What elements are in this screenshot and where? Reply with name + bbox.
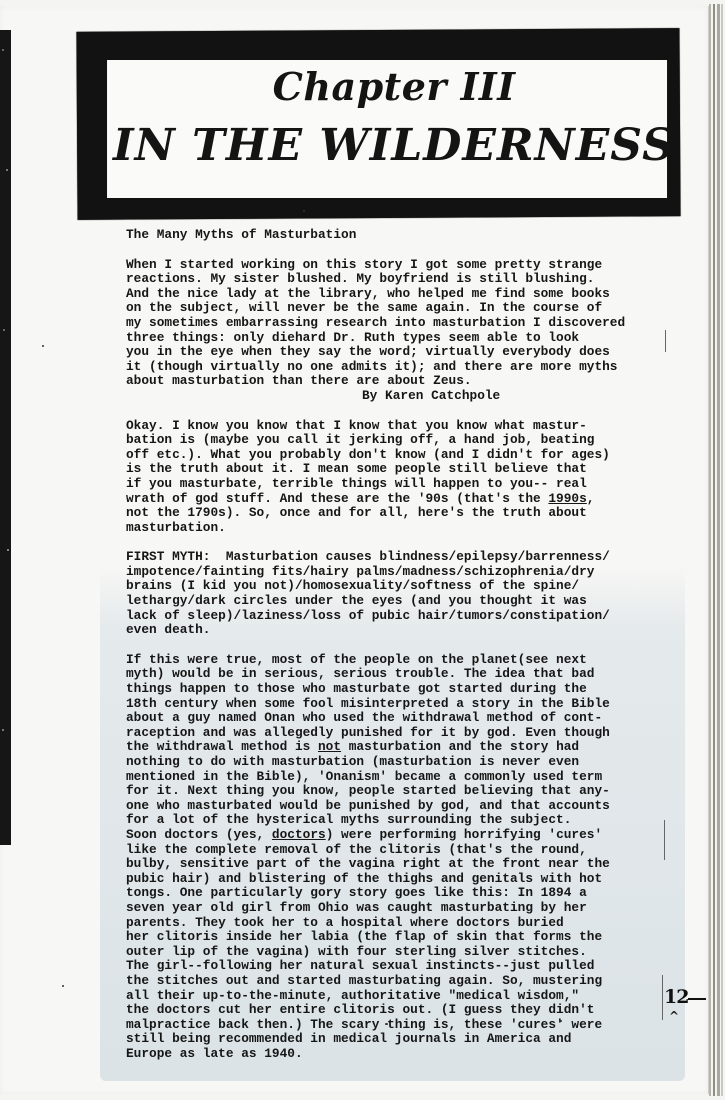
underlined-word: not	[318, 739, 341, 754]
text-line: on the subject, will never be the same a…	[126, 301, 666, 316]
text-line: not the 1790s). So, once and for all, he…	[126, 506, 666, 521]
text-line: about masturbation than there are about …	[126, 374, 666, 389]
first-myth-paragraph: FIRST MYTH: Masturbation causes blindnes…	[126, 550, 666, 638]
text-line: myth) would be in serious, serious troub…	[126, 667, 666, 682]
text-line: all their up-to-the-minute, authoritativ…	[126, 989, 666, 1004]
text-line: off etc.). What you probably don't know …	[126, 448, 666, 463]
text-line: masturbation.	[126, 521, 666, 536]
text-line: 18th century when some fool misinterpret…	[126, 697, 666, 712]
article-heading: The Many Myths of Masturbation	[126, 228, 666, 243]
text-line: impotence/fainting fits/hairy palms/madn…	[126, 565, 666, 580]
page-number-dash	[688, 998, 706, 1000]
text-line: bulby, sensitive part of the vagina righ…	[126, 857, 666, 872]
text-line: The girl--following her natural sexual i…	[126, 959, 666, 974]
page-edge	[721, 4, 723, 1096]
text-line: And the nice lady at the library, who he…	[126, 287, 666, 302]
text-line: if you masturbate, terrible things will …	[126, 477, 666, 492]
text-line: pubic hair) and blistering of the thighs…	[126, 872, 666, 887]
text-line: one who masturbated would be punished by…	[126, 799, 666, 814]
text-line: three things: only diehard Dr. Ruth type…	[126, 331, 666, 346]
speck	[62, 985, 64, 987]
text-line: like the complete removal of the clitori…	[126, 843, 666, 858]
text-line: the withdrawal method is not masturbatio…	[126, 740, 666, 755]
margin-mark	[665, 330, 666, 352]
text-line: mentioned in the Bible), 'Onanism' becam…	[126, 770, 666, 785]
paragraph-2: Okay. I know you know that I know that y…	[126, 419, 666, 536]
text-line: lack of sleep)/laziness/loss of pubic ha…	[126, 609, 666, 624]
text-line: parents. They took her to a hospital whe…	[126, 916, 666, 931]
text-line: her clitoris inside her labia (the flap …	[126, 930, 666, 945]
intro-paragraph: When I started working on this story I g…	[126, 258, 666, 389]
binding-strip	[0, 30, 11, 845]
page-edge	[713, 4, 715, 1096]
page-number: 12	[664, 986, 688, 1008]
text-line: about a guy named Onan who used the with…	[126, 711, 666, 726]
text-line: reactions. My sister blushed. My boyfrie…	[126, 272, 666, 287]
caret-icon: ^	[669, 1009, 679, 1023]
text-line: my sometimes embarrassing research into …	[126, 316, 666, 331]
text-line: If this were true, most of the people on…	[126, 653, 666, 668]
text-line: nothing to do with masturbation (masturb…	[126, 755, 666, 770]
text-line: wrath of god stuff. And these are the '9…	[126, 492, 666, 507]
text-line: tongs. One particularly gory story goes …	[126, 886, 666, 901]
margin-mark	[662, 975, 663, 1020]
chapter-banner: Chapter III IN THE WILDERNESS	[76, 28, 680, 220]
text-line: the stitches out and started masturbatin…	[126, 974, 666, 989]
chapter-banner-inner: Chapter III IN THE WILDERNESS	[107, 60, 667, 198]
byline: By Karen Catchpole	[126, 389, 666, 404]
text-line: lethargy/dark circles under the eyes (an…	[126, 594, 666, 609]
text-line: even death.	[126, 623, 666, 638]
text-line: When I started working on this story I g…	[126, 258, 666, 273]
text-line: Okay. I know you know that I know that y…	[126, 419, 666, 434]
underlined-word: doctors	[272, 827, 326, 842]
text-line: the doctors cut her entire clitoris out.…	[126, 1003, 666, 1018]
page-edge	[717, 4, 720, 1096]
text-line: it (though virtually no one admits it); …	[126, 360, 666, 375]
text-line: FIRST MYTH: Masturbation causes blindnes…	[126, 550, 666, 565]
text-line: for a lot of the hysterical myths surrou…	[126, 813, 666, 828]
text-line: brains (I kid you not)/homosexuality/sof…	[126, 579, 666, 594]
text-line: things happen to those who masturbate go…	[126, 682, 666, 697]
page-edge	[709, 4, 711, 1096]
text-line: seven year old girl from Ohio was caught…	[126, 901, 666, 916]
article-body: The Many Myths of Masturbation When I st…	[126, 228, 666, 1061]
text-line: raception and was allegedly punished for…	[126, 726, 666, 741]
text-line: Europe as late as 1940.	[126, 1047, 666, 1062]
speck	[42, 345, 44, 347]
text-line: is the truth about it. I mean some peopl…	[126, 462, 666, 477]
chapter-label: Chapter III	[107, 64, 667, 109]
paragraph-4: If this were true, most of the people on…	[126, 653, 666, 1062]
text-line: bation is (maybe you call it jerking off…	[126, 433, 666, 448]
text-line: you in the eye when they say the word; v…	[126, 345, 666, 360]
text-line: malpractice back then.) The scary thing …	[126, 1018, 666, 1033]
underlined-word: 1990s	[548, 491, 586, 506]
speck	[385, 1023, 388, 1025]
chapter-title: IN THE WILDERNESS	[113, 120, 661, 171]
speck	[560, 1020, 562, 1022]
margin-mark	[664, 820, 665, 860]
text-line: Soon doctors (yes, doctors) were perform…	[126, 828, 666, 843]
speck	[303, 210, 305, 212]
text-line: still being recommended in medical journ…	[126, 1032, 666, 1047]
text-line: outer lip of the vagina) with four sterl…	[126, 945, 666, 960]
text-line: for it. Next thing you know, people star…	[126, 784, 666, 799]
